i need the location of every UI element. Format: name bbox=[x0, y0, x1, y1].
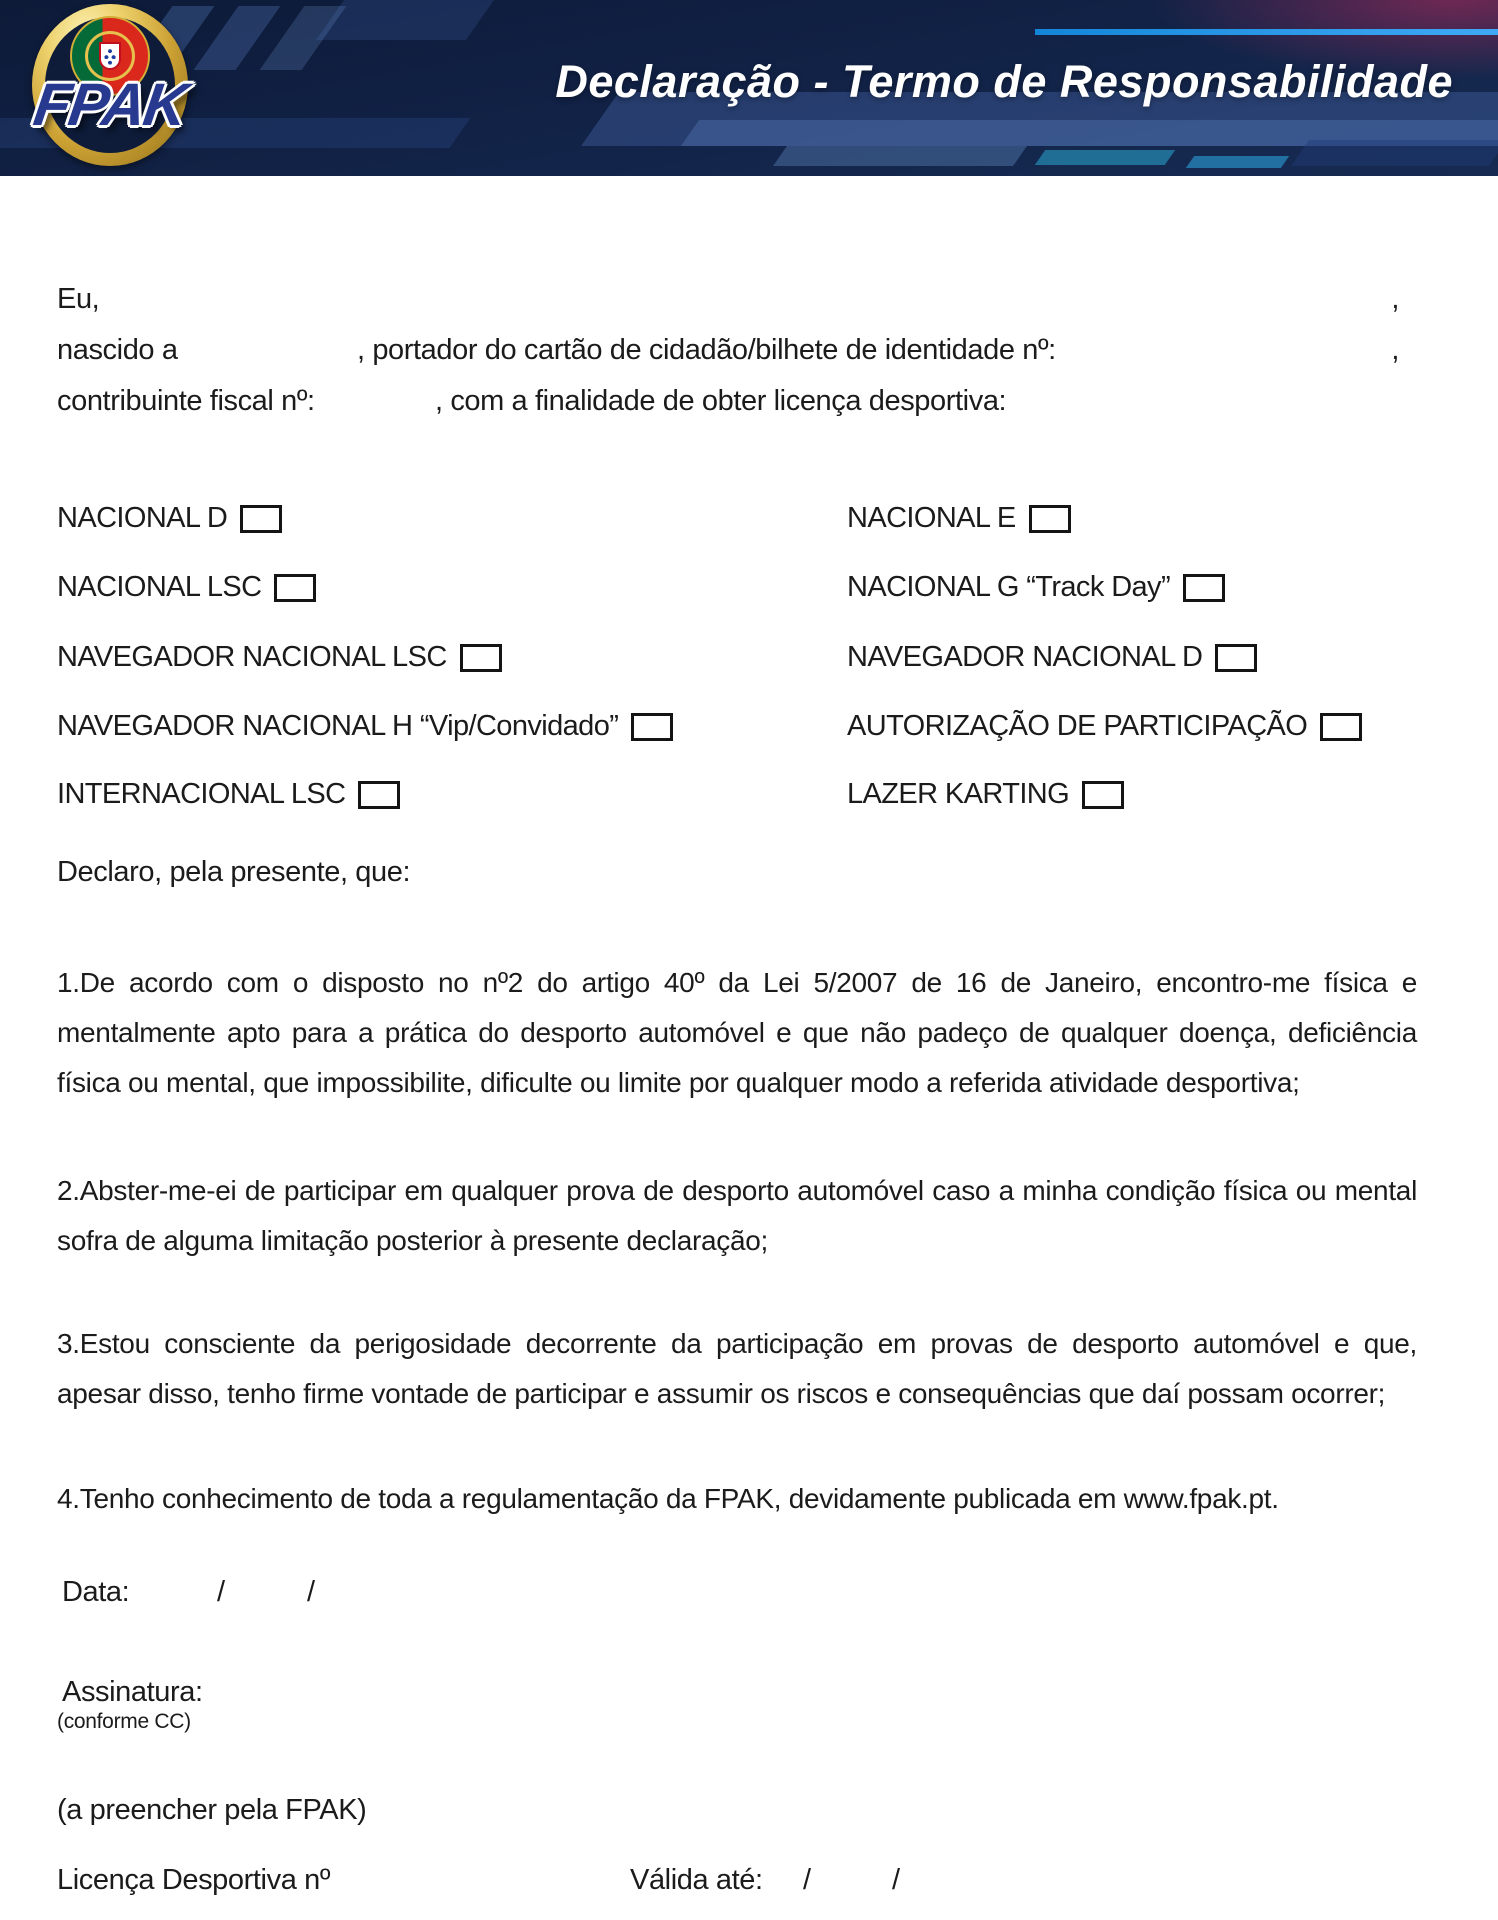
license-label: NACIONAL LSC bbox=[57, 571, 261, 604]
date-year-field[interactable] bbox=[322, 1576, 422, 1616]
birthdate-field[interactable] bbox=[187, 336, 352, 376]
license-row-2: NACIONAL LSC NACIONAL G “Track Day” bbox=[57, 571, 1453, 607]
license-option-navegador-nacional-lsc: NAVEGADOR NACIONAL LSC bbox=[57, 641, 502, 674]
header-stripe bbox=[773, 146, 1027, 166]
license-option-nacional-g-track-day: NACIONAL G “Track Day” bbox=[847, 571, 1225, 604]
license-label: NACIONAL G “Track Day” bbox=[847, 571, 1170, 604]
signature-area[interactable] bbox=[240, 1676, 800, 1731]
checkbox-internacional-lsc[interactable] bbox=[358, 781, 400, 809]
intro-line-2: nascido a , portador do cartão de cidadã… bbox=[57, 334, 1417, 385]
header-stripe bbox=[1291, 140, 1498, 166]
date-month-field[interactable] bbox=[232, 1576, 302, 1616]
name-field[interactable] bbox=[127, 285, 1377, 325]
valid-slash-1: / bbox=[803, 1864, 811, 1897]
declaration-item-3: 3.Estou consciente da perigosidade decor… bbox=[57, 1319, 1417, 1419]
header-stripe bbox=[1035, 150, 1176, 165]
birthdate-label: nascido a bbox=[57, 334, 178, 367]
checkbox-navegador-nacional-d[interactable] bbox=[1215, 644, 1257, 672]
declaration-form-page: FPAK Declaração - Termo de Responsabilid… bbox=[0, 0, 1498, 1920]
date-slash-2: / bbox=[307, 1576, 315, 1609]
license-label: LAZER KARTING bbox=[847, 778, 1069, 811]
fpak-logo: FPAK bbox=[32, 4, 188, 166]
license-option-autorizacao-participacao: AUTORIZAÇÃO DE PARTICIPAÇÃO bbox=[847, 710, 1362, 743]
header-accent-line bbox=[1035, 29, 1498, 35]
date-day-field[interactable] bbox=[140, 1576, 210, 1616]
license-label: NAVEGADOR NACIONAL H “Vip/Convidado” bbox=[57, 710, 618, 743]
license-option-internacional-lsc: INTERNACIONAL LSC bbox=[57, 778, 400, 811]
valid-slash-2: / bbox=[892, 1864, 900, 1897]
license-purpose-label: , com a finalidade de obter licença desp… bbox=[435, 385, 1006, 418]
license-option-nacional-lsc: NACIONAL LSC bbox=[57, 571, 316, 604]
header-stripe bbox=[1186, 156, 1289, 168]
license-label: AUTORIZAÇÃO DE PARTICIPAÇÃO bbox=[847, 710, 1307, 743]
date-slash-1: / bbox=[217, 1576, 225, 1609]
checkbox-autorizacao-participacao[interactable] bbox=[1320, 713, 1362, 741]
license-label: NACIONAL D bbox=[57, 502, 227, 535]
license-label: INTERNACIONAL LSC bbox=[57, 778, 345, 811]
intro-line-3: contribuinte fiscal nº: , com a finalida… bbox=[57, 385, 1417, 436]
checkbox-nacional-e[interactable] bbox=[1029, 505, 1071, 533]
license-row-3: NAVEGADOR NACIONAL LSC NAVEGADOR NACIONA… bbox=[57, 641, 1453, 677]
license-row-1: NACIONAL D NACIONAL E bbox=[57, 502, 1453, 538]
fpak-logo-text: FPAK bbox=[17, 70, 203, 139]
license-number-field[interactable] bbox=[330, 1864, 580, 1904]
intro-line-1: Eu, , bbox=[57, 283, 1417, 334]
intro-line1-comma: , bbox=[1391, 283, 1399, 316]
date-label: Data: bbox=[62, 1576, 129, 1609]
license-label: NAVEGADOR NACIONAL LSC bbox=[57, 641, 447, 674]
valid-year-field[interactable] bbox=[907, 1864, 1007, 1904]
fpak-fill-note: (a preencher pela FPAK) bbox=[57, 1794, 366, 1827]
intro-eu-label: Eu, bbox=[57, 283, 99, 316]
checkbox-nacional-d[interactable] bbox=[240, 505, 282, 533]
valid-day-field[interactable] bbox=[760, 1864, 800, 1904]
license-number-label: Licença Desportiva nº bbox=[57, 1864, 330, 1897]
license-row-4: NAVEGADOR NACIONAL H “Vip/Convidado” AUT… bbox=[57, 710, 1453, 746]
fiscal-number-field[interactable] bbox=[347, 387, 432, 427]
checkbox-navegador-nacional-lsc[interactable] bbox=[460, 644, 502, 672]
portugal-shield-icon bbox=[99, 42, 121, 70]
intro-line2-comma: , bbox=[1391, 334, 1399, 367]
license-option-navegador-nacional-d: NAVEGADOR NACIONAL D bbox=[847, 641, 1257, 674]
fiscal-number-label: contribuinte fiscal nº: bbox=[57, 385, 315, 418]
license-option-nacional-e: NACIONAL E bbox=[847, 502, 1071, 535]
license-label: NACIONAL E bbox=[847, 502, 1016, 535]
declaration-item-2: 2.Abster-me-ei de participar em qualquer… bbox=[57, 1166, 1417, 1266]
id-number-label: , portador do cartão de cidadão/bilhete … bbox=[357, 334, 1056, 367]
signature-note: (conforme CC) bbox=[57, 1710, 191, 1734]
declaration-item-4: 4.Tenho conhecimento de toda a regulamen… bbox=[57, 1474, 1417, 1524]
license-row-5: INTERNACIONAL LSC LAZER KARTING bbox=[57, 778, 1453, 814]
checkbox-navegador-nacional-h-vip[interactable] bbox=[631, 713, 673, 741]
signature-label: Assinatura: bbox=[62, 1676, 203, 1709]
page-header-banner: FPAK Declaração - Termo de Responsabilid… bbox=[0, 0, 1498, 176]
id-number-field[interactable] bbox=[1177, 336, 1377, 376]
page-title: Declaração - Termo de Responsabilidade bbox=[555, 56, 1453, 108]
license-label: NAVEGADOR NACIONAL D bbox=[847, 641, 1202, 674]
checkbox-nacional-g-track-day[interactable] bbox=[1183, 574, 1225, 602]
checkbox-nacional-lsc[interactable] bbox=[274, 574, 316, 602]
license-option-lazer-karting: LAZER KARTING bbox=[847, 778, 1124, 811]
license-option-navegador-nacional-h-vip: NAVEGADOR NACIONAL H “Vip/Convidado” bbox=[57, 710, 673, 743]
valid-month-field[interactable] bbox=[818, 1864, 888, 1904]
declaration-intro: Declaro, pela presente, que: bbox=[57, 856, 410, 889]
license-option-nacional-d: NACIONAL D bbox=[57, 502, 282, 535]
checkbox-lazer-karting[interactable] bbox=[1082, 781, 1124, 809]
valid-until-label: Válida até: bbox=[630, 1864, 763, 1897]
declaration-item-1: 1.De acordo com o disposto no nº2 do art… bbox=[57, 958, 1417, 1108]
